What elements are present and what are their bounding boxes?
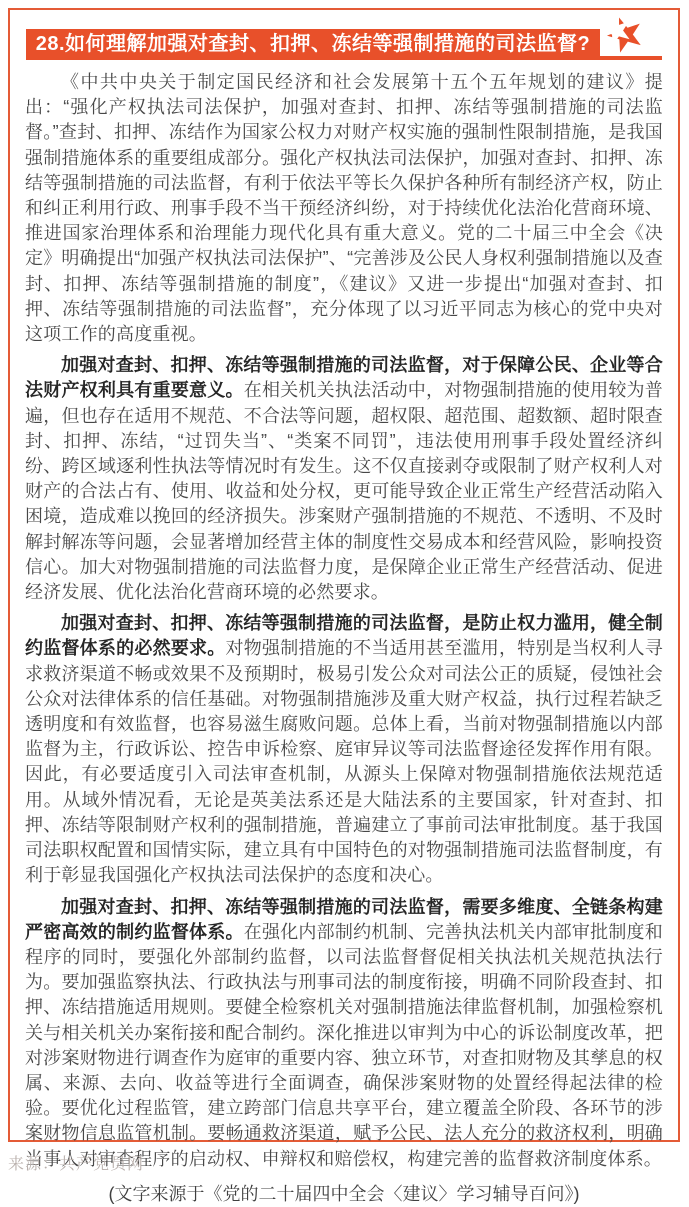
title-underline	[600, 22, 662, 60]
title-row: 28.如何理解加强对查封、扣押、冻结等强制措施的司法监督?	[25, 22, 663, 60]
star-icon	[605, 14, 645, 54]
paragraph-3-text: 对物强制措施的不当适用甚至滥用，特别是当权利人寻求救济渠道不畅或效果不及预期时，…	[25, 638, 663, 885]
source-attribution: 来源：共产党员网	[8, 1151, 144, 1174]
paragraph-2-text: 在相关机关执法活动中，对物强制措施的使用较为普遍，但也存在适用不规范、不合法等问…	[25, 380, 663, 602]
text-attribution: (文字来源于《党的二十届四中全会〈建议〉学习辅导百问》)	[25, 1182, 663, 1207]
paragraph-1: 《中共中央关于制定国民经济和社会发展第十五个五年规划的建议》提出：“强化产权执法…	[25, 70, 663, 347]
paragraph-1-text: 《中共中央关于制定国民经济和社会发展第十五个五年规划的建议》提出：“强化产权执法…	[25, 72, 663, 344]
paragraph-4: 加强对查封、扣押、冻结等强制措施的司法监督，需要多维度、全链条构建严密高效的制约…	[25, 895, 663, 1172]
question-title-banner: 28.如何理解加强对查封、扣押、冻结等强制措施的司法监督?	[26, 29, 601, 60]
paragraph-2: 加强对查封、扣押、冻结等强制措施的司法监督，对于保障公民、企业等合法财产权利具有…	[25, 353, 663, 605]
paragraph-4-text: 在强化内部制约机制、完善执法机关内部审批制度和程序的同时，要强化外部制约监督，以…	[25, 922, 663, 1169]
paragraph-3: 加强对查封、扣押、冻结等强制措施的司法监督，是防止权力滥用，健全制约监督体系的必…	[25, 611, 663, 888]
article-frame: 28.如何理解加强对查封、扣押、冻结等强制措施的司法监督? 《中共中央关于制定国…	[8, 8, 680, 1142]
question-title: 28.如何理解加强对查封、扣押、冻结等强制措施的司法监督?	[36, 33, 591, 55]
yellow-accent-square	[17, 47, 36, 66]
